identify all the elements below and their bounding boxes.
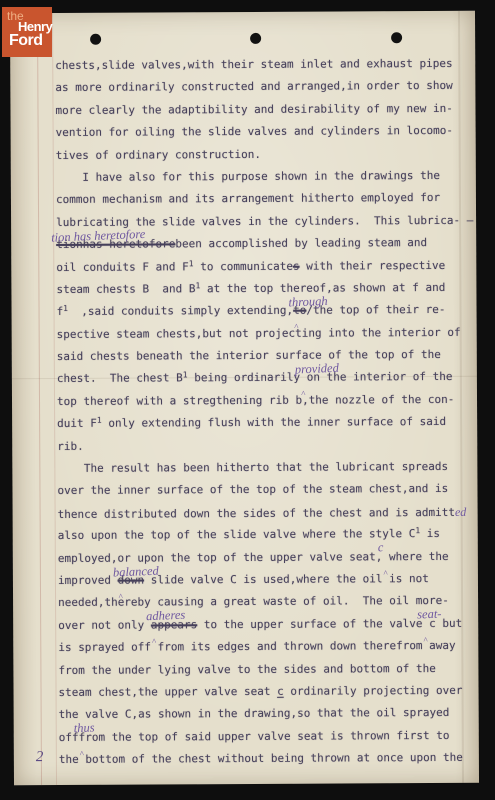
text-line: improved balanceddown slide valve C is u… <box>58 568 476 593</box>
typed-text: thence distributed down the sides of the… <box>58 506 455 521</box>
typed-text-block: chests,slide valves,with their steam inl… <box>55 53 477 772</box>
typed-text: improved <box>58 574 118 587</box>
punch-hole <box>90 34 101 45</box>
typed-text: to communicate <box>194 259 293 273</box>
text-line: f1 ,said conduits simply extending,throu… <box>56 299 474 324</box>
text-line: spective steam chests,but not projecting… <box>57 321 475 346</box>
typed-text: with their respective <box>300 258 446 272</box>
text-line: more clearly the adaptibility and desira… <box>55 98 473 123</box>
typed-text: said chests beneath the interior surface… <box>57 348 441 363</box>
typed-text: chest. The chest B <box>57 372 183 386</box>
typed-text: needed,thereby causing a great waste of … <box>58 594 449 609</box>
text-line: also upon the top of the slide valve whe… <box>58 523 476 548</box>
typed-text: chests,slide valves,with their steam inl… <box>55 57 452 72</box>
henry-ford-logo: the Henry Ford <box>2 7 52 57</box>
typed-text: spective steam chests,but not projecting… <box>57 326 461 341</box>
typed-text: tives of ordinary construction. <box>56 147 261 161</box>
punch-hole <box>250 33 261 44</box>
text-line: from the under lying valve to the sides … <box>58 657 476 682</box>
text-line: chest. The chest B1 being ordinarilyprov… <box>57 366 475 391</box>
text-line: said chests beneath the interior surface… <box>57 344 475 369</box>
typed-text: is <box>420 527 440 540</box>
text-line: the valve C,as shown in the drawing,so t… <box>59 702 477 727</box>
typed-text: rib. <box>57 439 84 452</box>
typed-text: 1 <box>97 416 102 425</box>
typed-text: from the under lying valve to the sides … <box>58 662 436 677</box>
typed-text: duit F <box>57 417 97 430</box>
text-line: is sprayed off from its edges and thrown… <box>58 635 476 660</box>
text-line: over the inner surface of the top of the… <box>57 478 475 503</box>
text-line: rib. <box>57 433 475 458</box>
margin-rule-line <box>37 13 42 785</box>
typed-text: the bottom of the chest without being th… <box>59 751 463 766</box>
typed-text: more clearly the adaptibility and desira… <box>55 102 452 117</box>
typed-text: only extending flush with the inner surf… <box>102 415 446 430</box>
typed-text: over the inner surface of the top of the… <box>57 482 448 497</box>
logo-text-ford: Ford <box>9 32 43 50</box>
typed-text: the valve C,as shown in the drawing,so t… <box>59 706 450 721</box>
typed-text: to the upper surface of the valve <box>197 617 422 631</box>
text-line: thence distributed down the sides of the… <box>58 501 476 526</box>
text-line: as more ordinarily constructed and arran… <box>55 75 473 100</box>
text-line: steam chests B and B1 at the top thereof… <box>56 277 474 302</box>
typed-text: oil conduits F and F <box>56 260 189 274</box>
typed-text: 1 <box>183 371 188 380</box>
typed-text: common mechanism and its arrangement hit… <box>56 191 440 206</box>
text-line: oil conduits F and F1 to communicates wi… <box>56 254 474 279</box>
text-line: tives of ordinary construction. <box>56 142 474 167</box>
typed-text: over not only <box>58 618 151 631</box>
typed-text: 1 <box>195 281 200 290</box>
typed-text: is sprayed off from its edges and thrown… <box>58 639 455 654</box>
text-line: vention for oiling the slide valves and … <box>56 120 474 145</box>
scan-viewer: chests,slide valves,with their steam inl… <box>0 0 495 800</box>
typed-text: top thereof with a stregthening rib b,th… <box>57 393 454 408</box>
text-line: tion has heretoforetionhas heretoforebee… <box>56 232 474 257</box>
punch-hole <box>391 32 402 43</box>
typed-text: from the top of said upper valve seat is… <box>79 729 450 744</box>
typed-text: 1 <box>63 304 68 313</box>
typed-text: The result has been hitherto that the lu… <box>57 460 448 475</box>
typed-text: 1 <box>415 526 420 535</box>
scanned-page: chests,slide valves,with their steam inl… <box>10 11 479 785</box>
typed-text: ordinarily projecting over <box>284 684 463 698</box>
text-line: steam chest,the upper valve seat c ordin… <box>58 680 476 705</box>
text-line: common mechanism and its arrangement hit… <box>56 187 474 212</box>
text-line: chests,slide valves,with their steam inl… <box>55 53 473 78</box>
typed-text: ,said conduits simply extending, <box>68 304 293 318</box>
typed-text: also upon the top of the slide valve whe… <box>58 527 416 542</box>
page-number: 2 <box>36 749 44 766</box>
text-line: duit F1 only extending flush with the in… <box>57 411 475 436</box>
typed-text: been accomplished by leading steam and <box>175 236 427 250</box>
text-line: The result has been hitherto that the lu… <box>57 456 475 481</box>
typed-text: being ordinarily <box>188 371 301 385</box>
text-line: offthusfrom the top of said upper valve … <box>59 725 477 750</box>
text-line: I have also for this purpose shown in th… <box>56 165 474 190</box>
typed-text: as more ordinarily constructed and arran… <box>55 79 452 94</box>
text-line: the bottom of the chest without being th… <box>59 747 477 772</box>
typed-text: 1 <box>189 259 194 268</box>
typed-text: vention for oiling the slide valves and … <box>56 124 453 139</box>
typed-text: steam chest,the upper valve seat <box>59 685 278 699</box>
typed-text: steam chests B and B <box>56 282 195 296</box>
text-line: over not only adheresappears to the uppe… <box>58 613 476 638</box>
text-line: top thereof with a stregthening rib b,th… <box>57 389 475 414</box>
typed-text: I have also for this purpose shown in th… <box>56 169 440 184</box>
typed-text: employed,or upon the top of the upper va… <box>58 550 383 565</box>
typed-text: where the <box>382 550 448 563</box>
typed-text: f <box>57 305 64 318</box>
handwritten-annotation: ed <box>455 505 466 519</box>
